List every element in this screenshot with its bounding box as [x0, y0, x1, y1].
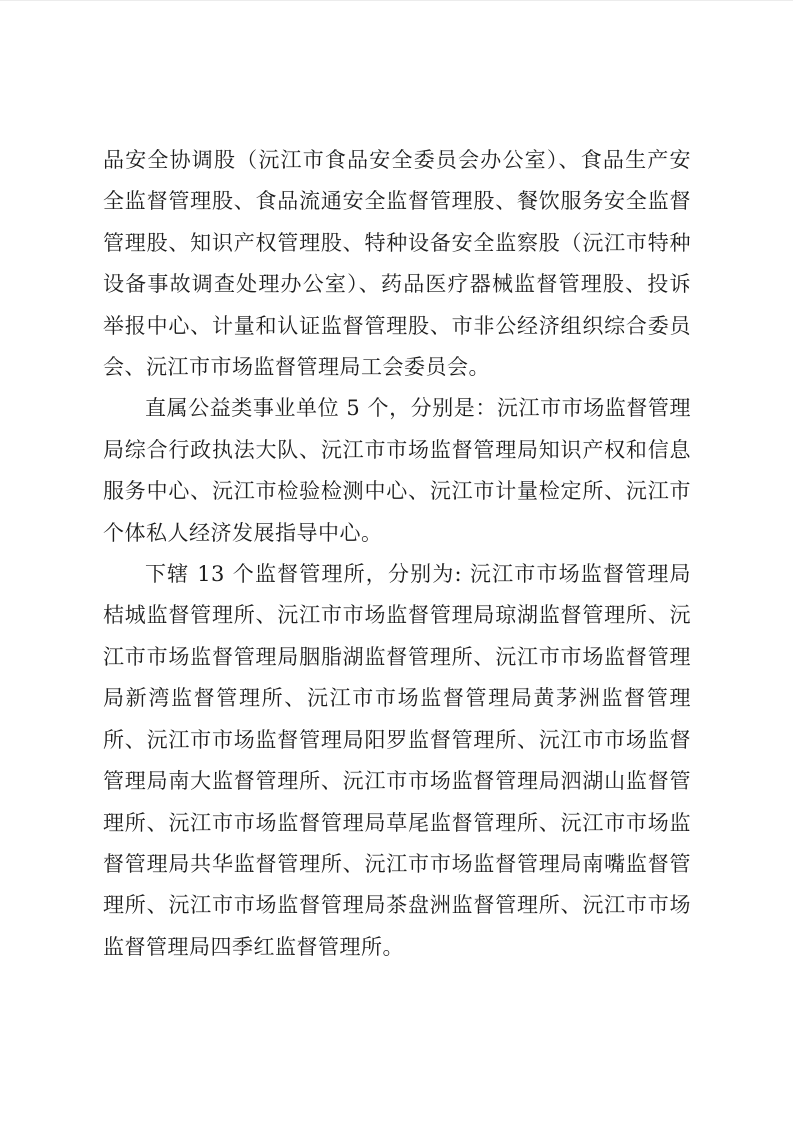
paragraph-continuation-internal-departments: 品安全协调股（沅江市食品安全委员会办公室）、食品生产安全监督管理股、食品流通安全… [103, 140, 691, 388]
document-page: 品安全协调股（沅江市食品安全委员会办公室）、食品生产安全监督管理股、食品流通安全… [0, 0, 793, 1122]
document-text-block: 品安全协调股（沅江市食品安全委员会办公室）、食品生产安全监督管理股、食品流通安全… [103, 140, 691, 968]
paragraph-public-welfare-units: 直属公益类事业单位 5 个，分别是：沅江市市场监督管理局综合行政执法大队、沅江市… [103, 388, 691, 554]
paragraph-subordinate-supervision-offices: 下辖 13 个监督管理所，分别为: 沅江市市场监督管理局桔城监督管理所、沅江市市… [103, 554, 691, 968]
